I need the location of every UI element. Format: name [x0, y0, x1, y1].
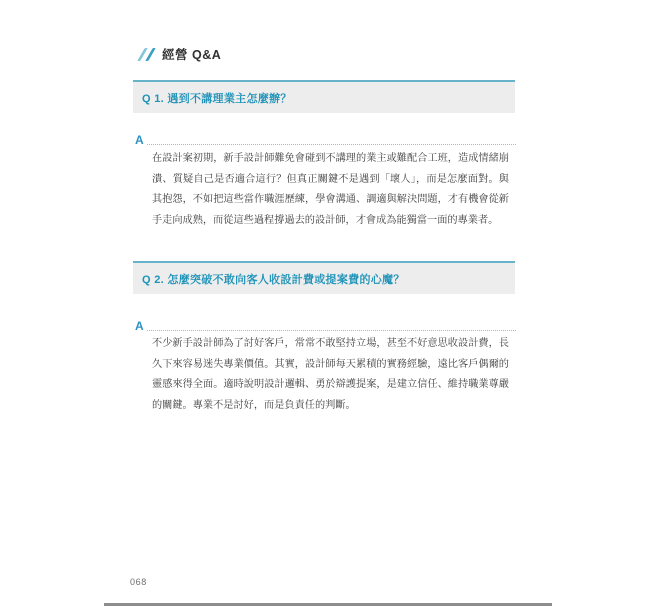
answer-paragraph-1: 在設計案初期，新手設計師難免會碰到不講理的業主或難配合工班，造成情緒崩潰、質疑自… [152, 149, 509, 231]
chapter-header: 經營 Q&A [141, 45, 221, 63]
page-title: 經營 Q&A [162, 45, 221, 63]
page-number: 068 [130, 577, 147, 587]
answer-label: A [135, 134, 147, 146]
answer-label: A [135, 320, 147, 332]
question-title: Q 2. 怎麼突破不敢向客人收設計費或提案費的心魔？ [142, 271, 405, 287]
dotted-leader-line [147, 144, 516, 145]
question-box-2: Q 2. 怎麼突破不敢向客人收設計費或提案費的心魔？ [133, 261, 515, 294]
question-box-1: Q 1. 遇到不講理業主怎麼辦？ [133, 80, 515, 113]
answer-header-2: A [135, 320, 516, 332]
answer-paragraph-2: 不少新手設計師為了討好客戶，常常不敢堅持立場，甚至不好意思收設計費，長久下來容易… [152, 334, 509, 416]
answer-header-1: A [135, 134, 516, 146]
question-title: Q 1. 遇到不講理業主怎麼辦？ [142, 90, 292, 106]
book-page: 經營 Q&A Q 1. 遇到不講理業主怎麼辦？ A 在設計案初期，新手設計師難免… [0, 0, 655, 609]
dotted-leader-line [147, 330, 516, 331]
double-slash-icon [141, 48, 152, 61]
footer-rule [104, 603, 552, 606]
